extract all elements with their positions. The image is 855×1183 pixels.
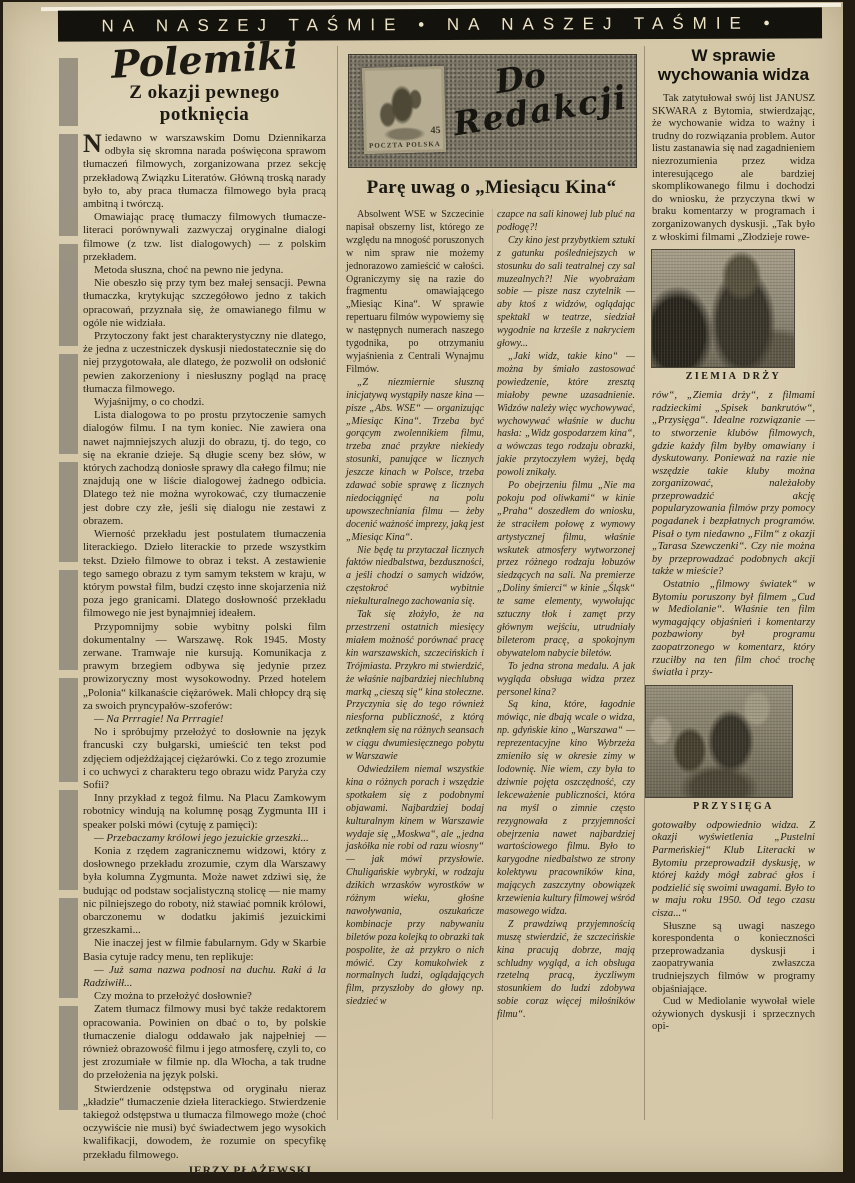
paragraph: Stwierdzenie odstępstwa od oryginału nie… <box>83 1083 326 1162</box>
column-rule-middle <box>492 209 493 1119</box>
do-redakcji-script-title: Do Redakcji <box>444 45 633 142</box>
paragraph: gotowałby odpowiednio widza. Z okazji wy… <box>652 820 815 921</box>
paragraph: Nie obeszło się przy tym bez małej sensa… <box>83 277 326 330</box>
right-article: W sprawie wychowania widza Tak zatytułow… <box>652 46 815 1034</box>
paragraph: — Na Prrragie! Na Prrragie! <box>83 713 326 726</box>
paragraph: — Przebaczamy królowi jego jezuickie grz… <box>83 832 326 845</box>
paragraph: Nie będę tu przytaczał licznych faktów n… <box>346 545 484 610</box>
right-article-title: W sprawie wychowania widza <box>652 46 815 84</box>
column-rule-right <box>644 46 645 1120</box>
author-signature: JERZY PŁAŻEWSKI <box>83 1165 326 1177</box>
paragraph: rów“, „Ziemia drży“, z filmami radziecki… <box>652 390 815 579</box>
paragraph: Słuszne są uwagi naszego korespondenta o… <box>652 921 815 997</box>
paragraph: Nie inaczej jest w filmie fabularnym. Gd… <box>83 937 326 963</box>
paper-background: NA NASZEJ TAŚMIE • NA NASZEJ TAŚMIE • Po… <box>3 2 843 1172</box>
paragraph: Metoda słuszna, choć na pewno nie jedyna… <box>83 264 326 277</box>
postage-stamp: 45 POCZTA POLSKA <box>362 66 446 154</box>
margin-artifact <box>59 134 78 236</box>
paragraph: Lista dialogowa to po prostu przytoczeni… <box>83 409 326 528</box>
stamp-value: 45 <box>430 125 440 136</box>
film-still-ziemia-drzy <box>652 250 794 367</box>
paragraph: Odwiedziłem niemal wszystkie kina o różn… <box>346 764 484 1009</box>
paragraph: „Jaki widz, takie kino“ — można by śmiał… <box>497 351 635 480</box>
halftone-grain <box>646 686 792 797</box>
right-article-intro: Tak zatytułował swój list JANUSZ SKWARA … <box>652 93 815 244</box>
banner-title: NA NASZEJ TAŚMIE • NA NASZEJ TAŚMIE • <box>101 13 778 36</box>
margin-artifact <box>59 58 78 126</box>
margin-artifact <box>59 462 78 562</box>
right-article-part3: gotowałby odpowiednio widza. Z okazji wy… <box>652 820 815 1034</box>
margin-artifact <box>59 678 78 782</box>
paragraph: Konia z rzędem zagranicznemu widzowi, kt… <box>83 845 326 937</box>
paragraph: Cud w Mediolanie wywołał wiele ożywionyc… <box>652 996 815 1034</box>
paragraph: czapce na sali kinowej lub pluć na podło… <box>497 209 635 235</box>
paragraph: Czy można to przełożyć dosłownie? <box>83 990 326 1003</box>
right-title-line2: wychowania widza <box>658 65 809 84</box>
paragraph: Wierność przekładu jest postulatem tłuma… <box>83 528 326 620</box>
paragraph: Tak zatytułował swój list JANUSZ SKWARA … <box>652 93 815 244</box>
paragraph: Tak się złożyło, że na przestrzeni ostat… <box>346 609 484 764</box>
paragraph: To jedna strona medalu. A jak wygląda ob… <box>497 661 635 700</box>
middle-article-heading: Parę uwag o „Miesiącu Kina“ <box>348 177 635 199</box>
left-article: Polemiki Z okazji pewnego potknięcia Nie… <box>83 40 326 1177</box>
paragraph: Przypomnijmy sobie wybitny polski film d… <box>83 621 326 713</box>
left-article-subtitle: Z okazji pewnego potknięcia <box>83 82 326 126</box>
margin-artifact <box>59 790 78 890</box>
paragraph: Są kina, które, łagodnie mówiąc, nie dba… <box>497 699 635 918</box>
paragraph: No i spróbujmy przełożyć to dosłownie na… <box>83 726 326 792</box>
margin-artifact <box>59 570 78 670</box>
halftone-grain <box>652 250 794 367</box>
column-rule-left <box>337 46 338 1120</box>
margin-artifact <box>59 354 78 454</box>
paragraph: Omawiając pracę tłumaczy filmowych tłuma… <box>83 211 326 264</box>
left-article-title: Polemiki <box>82 34 327 87</box>
paragraph: Przytoczony fakt jest charakterystyczny … <box>83 330 326 396</box>
paragraph: Czy kino jest przybytkiem sztuki z gatun… <box>497 235 635 351</box>
paragraph: Wyjaśnijmy, o co chodzi. <box>83 396 326 409</box>
middle-column-b: czapce na sali kinowej lub pluć na podło… <box>497 209 635 1022</box>
letters-header-box: 45 POCZTA POLSKA Do Redakcji <box>348 54 637 168</box>
newspaper-page-scan: { "banner": { "text": "NA NASZEJ TAŚMIE … <box>0 0 855 1183</box>
paragraph: Inny przykład z tegoż filmu. Na Placu Za… <box>83 792 326 832</box>
film-still-przysiega <box>646 686 792 797</box>
paragraph: Absolwent WSE w Szczecinie napisał obsze… <box>346 209 484 377</box>
margin-artifact <box>59 898 78 998</box>
paragraph: Zatem tłumacz filmowy musi być także red… <box>83 1003 326 1082</box>
paragraph: Z prawdziwą przyjemnością muszę stwierdz… <box>497 919 635 1022</box>
stamp-inscription: POCZTA POLSKA <box>364 140 446 150</box>
margin-artifact <box>59 1006 78 1110</box>
right-title-line1: W sprawie <box>691 46 775 65</box>
paragraph: Niedawno w warszawskim Domu Dziennikarza… <box>83 132 326 211</box>
margin-artifact <box>59 244 78 346</box>
middle-column-a: Absolwent WSE w Szczecinie napisał obsze… <box>346 209 484 1009</box>
paragraph: Ostatnio „filmowy światek“ w Bytomiu por… <box>652 579 815 680</box>
photo2-caption: PRZYSIĘGA <box>652 801 815 812</box>
left-article-body: Niedawno w warszawskim Domu Dziennikarza… <box>83 132 326 1162</box>
paragraph: — Już sama nazwa podnosi na duchu. Raki … <box>83 964 326 990</box>
paragraph: „Z niezmiernie słuszną inicjatywą wystąp… <box>346 377 484 545</box>
page-banner: NA NASZEJ TAŚMIE • NA NASZEJ TAŚMIE • <box>58 7 822 41</box>
paragraph: Po obejrzeniu filmu „Nie ma pokoju pod o… <box>497 480 635 661</box>
photo1-caption: ZIEMIA DRŻY <box>652 371 815 382</box>
right-article-part2: rów“, „Ziemia drży“, z filmami radziecki… <box>652 390 815 680</box>
